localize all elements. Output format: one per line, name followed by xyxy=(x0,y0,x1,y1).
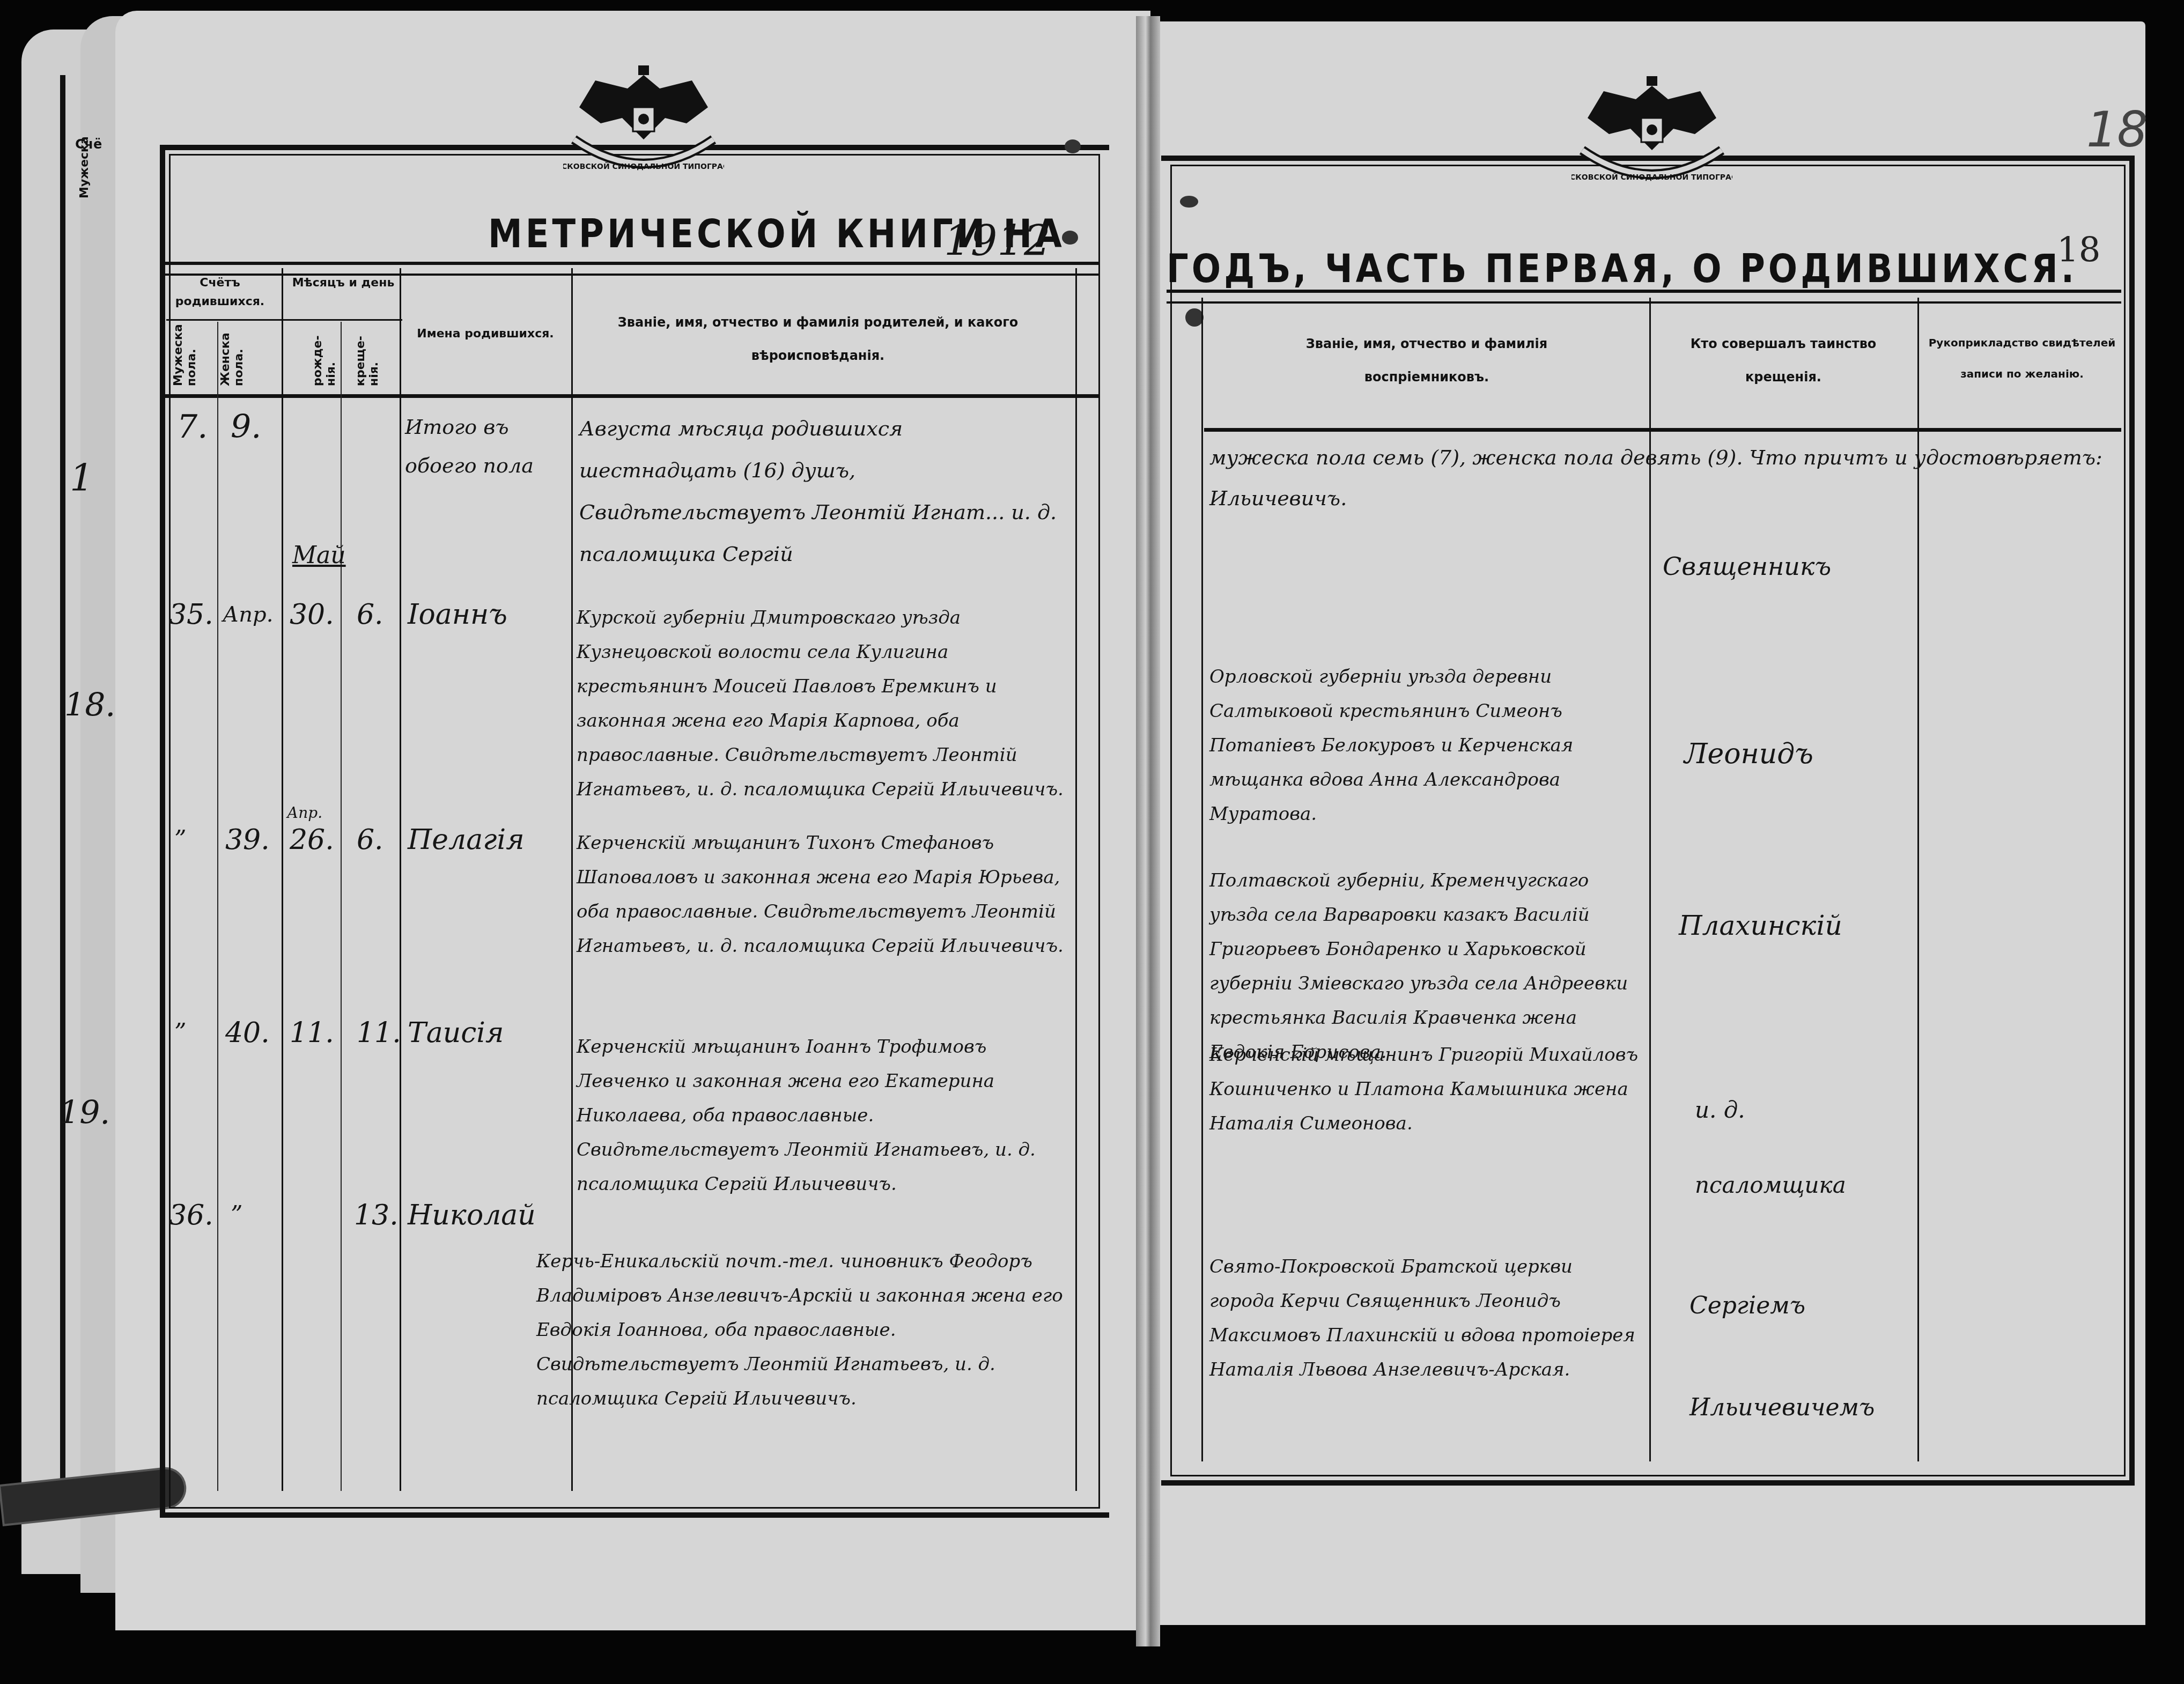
header-names: Имена родившихся. xyxy=(405,324,566,343)
col-divider-birth-baptism xyxy=(341,322,342,1491)
entry-2-officiant: Плахинскій xyxy=(1679,906,1842,945)
imperial-eagle-crest-icon: МОСКОВСКОЙ СИНОДАЛЬНОЙ ТИПОГРАФІИ xyxy=(563,59,724,182)
col-divider-month-names xyxy=(400,268,401,1491)
entry-3-name: Таисія xyxy=(408,1014,504,1052)
entry-4-male: 36. xyxy=(169,1196,213,1235)
right-header-bottom-rule xyxy=(1204,428,2121,432)
col-divider-male-female xyxy=(217,322,218,1491)
summary-parents: Августа мѣсяца родившихся шестнадцать (1… xyxy=(579,408,1062,575)
header-officiant: Кто совершалъ таинство крещенія. xyxy=(1657,327,1909,394)
entry-4-officiant: Сергіемъ Ильичевичемъ xyxy=(1689,1255,1904,1459)
month-marker: Май xyxy=(292,536,346,575)
entry-3-parents: Керченскій мѣщанинъ Іоаннъ Трофимовъ Лев… xyxy=(577,1030,1065,1201)
entry-1-parents: Курской губерніи Дмитровскаго уѣзда Кузн… xyxy=(577,601,1065,807)
right-header-top-rule xyxy=(1167,290,2121,304)
left-header-bottom-rule xyxy=(164,394,1100,398)
handwritten-year: 1912 xyxy=(944,217,1051,265)
prior-page-margin-number-2: 18. xyxy=(64,686,115,724)
entry-2-name: Пелагія xyxy=(408,821,525,859)
binding-hole xyxy=(1065,139,1081,153)
entry-3-female: 40. xyxy=(225,1014,270,1052)
entry-3-birth-day: 11. xyxy=(290,1014,334,1052)
prior-page-margin-number-3: 19. xyxy=(59,1094,110,1132)
entry-3-officiant: и. д. псаломщика xyxy=(1695,1073,1899,1223)
svg-text:МОСКОВСКОЙ СИНОДАЛЬНОЙ ТИПОГРА: МОСКОВСКОЙ СИНОДАЛЬНОЙ ТИПОГРАФІИ xyxy=(1571,173,1732,182)
header-male: Мужеска пола. xyxy=(172,327,198,386)
col-divider-parents-extra xyxy=(1075,268,1077,1491)
entry-4-baptism-day: 13. xyxy=(354,1196,399,1235)
entry-1-birth-day: 30. xyxy=(290,595,334,634)
summary-godparents: мужеска пола семь (7), женска пола девят… xyxy=(1209,437,2116,519)
book-spine xyxy=(1136,16,1160,1646)
entry-1-name: Іоаннъ xyxy=(408,595,507,634)
header-month-day: Мѣсяцъ и день xyxy=(279,274,408,292)
summary-names: Итого въ обоего пола xyxy=(405,408,566,485)
entry-1-baptism-day: 6. xyxy=(357,595,383,634)
entry-3-godparents: Керченскій мѣщанинъ Григорій Михайловъ К… xyxy=(1209,1038,1639,1141)
entry-2-male: ” xyxy=(174,821,187,859)
entry-4-female: ” xyxy=(231,1196,243,1235)
entry-1-female: Апр. xyxy=(223,595,273,634)
entry-4-name: Николай xyxy=(408,1196,536,1235)
entry-1-officiant: Леонидъ xyxy=(1684,735,1813,773)
header-subrule-left xyxy=(166,319,402,321)
header-birth: рожде-нія. xyxy=(311,338,338,386)
header-witnesses: Рукоприкладство свидѣтелей записи по жел… xyxy=(1925,327,2119,389)
header-godparents: Званіе, имя, отчество и фамилія воспріем… xyxy=(1277,327,1577,394)
header-count-born: Счётъ родившихся. xyxy=(169,274,271,311)
entry-2-parents: Керченскій мѣщанинъ Тихонъ Стефановъ Шап… xyxy=(577,826,1065,963)
col-divider-count-month xyxy=(282,268,283,1491)
prior-page-frame xyxy=(60,75,103,1512)
pencil-folio-number: 18 xyxy=(2086,102,2148,158)
header-parents: Званіе, имя, отчество и фамилія родителе… xyxy=(579,306,1057,373)
imperial-eagle-crest-icon-right: МОСКОВСКОЙ СИНОДАЛЬНОЙ ТИПОГРАФІИ xyxy=(1571,70,1732,193)
svg-text:МОСКОВСКОЙ СИНОДАЛЬНОЙ ТИПОГРА: МОСКОВСКОЙ СИНОДАЛЬНОЙ ТИПОГРАФІИ xyxy=(563,162,724,171)
entry-2-baptism-day: 6. xyxy=(357,821,383,859)
summary-female-count: 9. xyxy=(231,408,261,446)
header-female: Женска пола. xyxy=(219,327,246,386)
right-page-title: ГОДЪ, ЧАСТЬ ПЕРВАЯ, О РОДИВШИХСЯ. xyxy=(1167,246,2077,292)
entry-1-godparents: Орловской губерніи уѣзда деревни Салтыко… xyxy=(1209,660,1639,831)
entry-3-male: ” xyxy=(174,1014,187,1052)
entry-4-parents: Керчь-Еникальскій почт.-тел. чиновникъ Ф… xyxy=(536,1244,1065,1416)
prior-page-column-fragment: Мужеска xyxy=(78,156,91,198)
binding-hole xyxy=(1062,231,1078,245)
entry-3-baptism-day: 11. xyxy=(357,1014,401,1052)
summary-male-count: 7. xyxy=(177,408,208,446)
summary-officiant: Священникъ xyxy=(1663,547,1831,586)
prior-page-margin-number-1: 1 xyxy=(70,456,94,500)
entry-2-female: 39. xyxy=(225,821,270,859)
entry-1-male: 35. xyxy=(169,595,213,634)
entry-2-birth-day: 26. xyxy=(290,821,334,859)
right-col-divider-left xyxy=(1201,298,1203,1461)
header-baptism: креще-нія. xyxy=(354,338,381,386)
entry-4-godparents: Свято-Покровской Братской церкви города … xyxy=(1209,1250,1639,1387)
printed-page-number: 18 xyxy=(2057,231,2100,270)
